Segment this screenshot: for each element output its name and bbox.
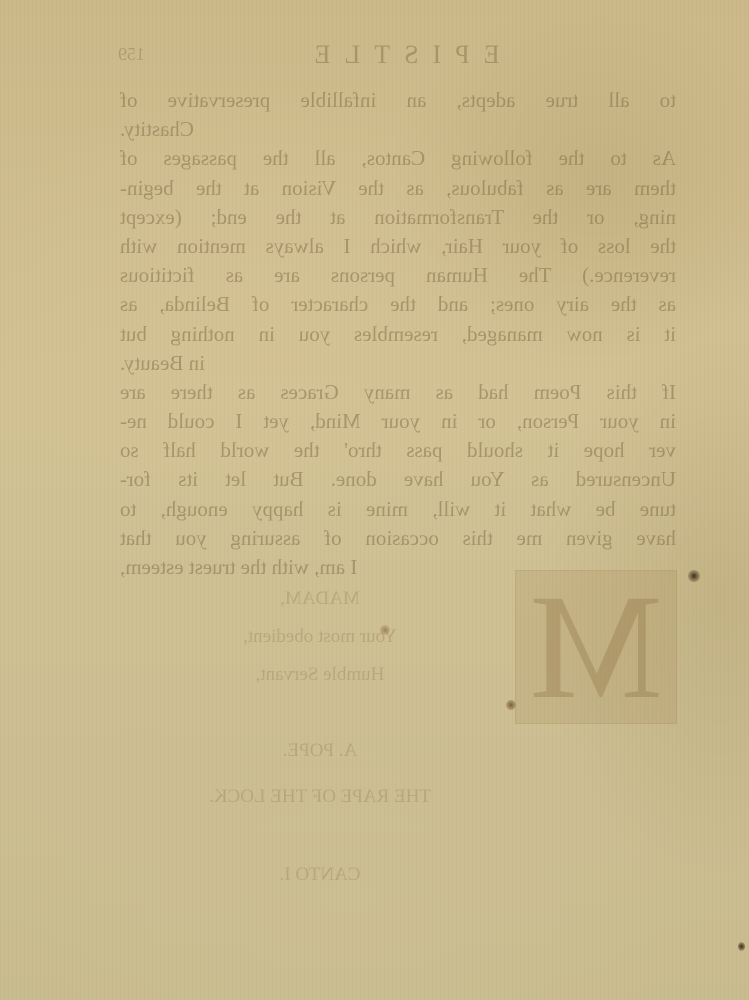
text-line: Uncensured as You have done. But let its…: [120, 465, 676, 494]
stain-spot: [688, 570, 700, 582]
text-line: in your Person, or in your Mind, yet I c…: [120, 407, 676, 436]
canto-heading: CANTO I.: [120, 864, 520, 886]
text-line: As to the following Cantos, all the pass…: [120, 144, 676, 173]
closing-line: Your most obedient,: [120, 626, 520, 648]
closing-line: Humble Servant,: [120, 664, 520, 686]
text-line: ver hope it should pass thro' the world …: [120, 436, 676, 465]
page-number: 159: [118, 44, 145, 65]
decorative-initial-box: M: [515, 570, 677, 724]
text-line: have given me this occasion of assuring …: [120, 524, 676, 553]
decorative-initial: M: [516, 577, 676, 717]
text-line: the loss of your Hair, which I always me…: [120, 232, 676, 261]
closing-line: MADAM,: [120, 588, 520, 610]
text-line: reverence.) The Human persons are as fic…: [120, 261, 676, 290]
text-line: Chastity.: [120, 115, 676, 144]
text-line: to all true adepts, an infallible preser…: [120, 86, 676, 115]
text-line: If this Poem had as many Graces as there…: [120, 378, 676, 407]
body-text: to all true adepts, an infallible preser…: [120, 86, 676, 582]
text-line: in Beauty.: [120, 349, 676, 378]
signature: A. POPE.: [120, 740, 520, 762]
section-title: THE RAPE OF THE LOCK.: [120, 786, 520, 808]
text-line: them are as fabulous, as the Vision at t…: [120, 174, 676, 203]
text-line: it is now managed, resembles you in noth…: [120, 320, 676, 349]
text-line: tune be what it will, mine is happy enou…: [120, 495, 676, 524]
text-line: as the airy ones; and the character of B…: [120, 290, 676, 319]
running-title: EPISTLE: [240, 40, 560, 70]
stain-spot: [738, 942, 745, 951]
text-line: ning, or the Transformation at the end; …: [120, 203, 676, 232]
